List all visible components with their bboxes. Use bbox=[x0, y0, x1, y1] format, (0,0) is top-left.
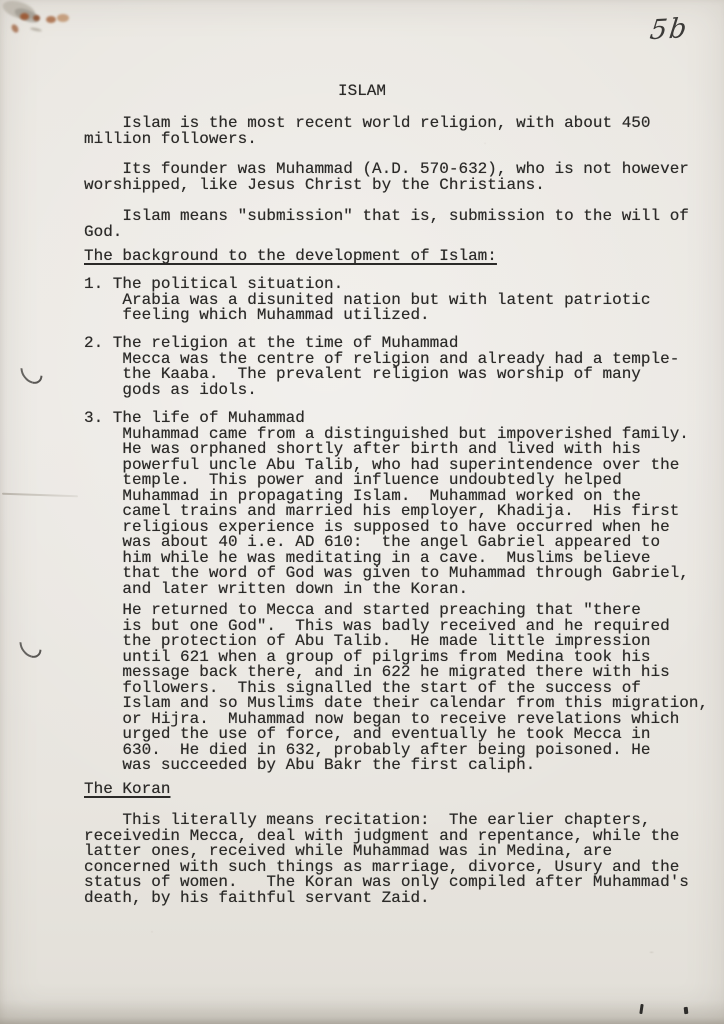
margin-crescent-mark-2 bbox=[15, 630, 46, 662]
bottom-scan-smudge bbox=[0, 1000, 724, 1024]
section-heading-koran: The Koran bbox=[84, 782, 170, 798]
paragraph-koran-body: This literally means recitation: The ear… bbox=[84, 813, 689, 906]
paragraph-he-returned: He returned to Mecca and started preachi… bbox=[84, 603, 708, 774]
margin-crescent-mark-1 bbox=[16, 356, 47, 388]
margin-scratch-mark bbox=[2, 493, 78, 498]
intro-paragraph-1: Islam is the most recent world religion,… bbox=[84, 116, 651, 147]
intro-paragraph-3: Islam means "submission" that is, submis… bbox=[84, 209, 689, 240]
handwritten-page-number: 5b bbox=[648, 13, 690, 46]
bottom-ink-speck bbox=[684, 1007, 689, 1014]
scanned-page: 5b ISLAM Islam is the most recent world … bbox=[0, 0, 724, 1024]
document-title: ISLAM bbox=[0, 84, 724, 100]
list-item-religion-at-time: 2. The religion at the time of Muhammad … bbox=[84, 336, 679, 398]
list-item-political-situation: 1. The political situation. Arabia was a… bbox=[84, 277, 651, 324]
stain-smudge bbox=[30, 27, 42, 32]
rust-spot bbox=[57, 14, 69, 22]
list-item-life-of-muhammad: 3. The life of Muhammad Muhammad came fr… bbox=[84, 411, 689, 597]
rust-spot bbox=[46, 16, 56, 23]
rust-spot bbox=[20, 13, 29, 20]
rust-spot bbox=[10, 23, 20, 34]
rust-spot bbox=[33, 15, 40, 21]
intro-paragraph-2: Its founder was Muhammad (A.D. 570-632),… bbox=[84, 162, 689, 193]
section-heading-background: The background to the development of Isl… bbox=[84, 249, 497, 265]
